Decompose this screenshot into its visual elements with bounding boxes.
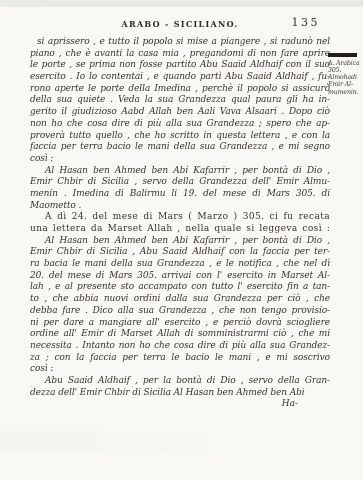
text-line: una lettera da Marset Allah , nella qual… (30, 224, 330, 236)
running-header: ARABO - SICILIANO. 135 (30, 16, 330, 32)
text-line: dezza dell' Emir Chbir di Sicilia Al Has… (30, 388, 330, 400)
text-line: 20. del mese di Mars 305. arrivai con l'… (30, 271, 330, 283)
text-line: Al Hasan ben Ahmed ben Abi Kafarrir , pe… (30, 166, 330, 178)
text-line: proverà tutto quello , che ho scritto in… (30, 131, 330, 143)
text-line: Emir Chbir di Sicilia , Abu Saaid Aldhai… (30, 247, 330, 259)
text-line: esercito . Io lo contentai , e quando pa… (30, 72, 330, 84)
text-line: faccia per terra bacio le mani della sua… (30, 142, 330, 154)
text-line: le porte , se prima non fosse partito Ab… (30, 60, 330, 72)
text-line: non ho che cosa dire di più alla sua Gra… (30, 119, 330, 131)
text-line: menin . Imedina di Balirmu li 19. del me… (30, 189, 330, 201)
book-page: ARABO - SICILIANO. 135 A. Arabica 305. A… (0, 7, 363, 480)
text-line: piano , che è avanti la casa mia , prega… (30, 49, 330, 61)
text-column: si aprissero , e tutto il popolo si mise… (30, 37, 330, 411)
text-line: A dì 24. del mese di Mars ( Marzo ) 305.… (30, 212, 330, 224)
text-line: lah , e al presente sto accampato con tu… (30, 282, 330, 294)
margin-note-line: Almohadi (328, 74, 363, 81)
text-line: Maometto . (30, 201, 330, 213)
page-number: 135 (292, 16, 321, 29)
text-line: rono aperte le porte della Imedina , per… (30, 84, 330, 96)
text-line: Emir Chbir di Sicilia , servo della Gran… (30, 177, 330, 189)
text-line: debba fare . Dico alla sua Grandezza , c… (30, 306, 330, 318)
margin-note-rule (328, 53, 357, 57)
text-line: ordine all' Emir di Marset Allah di somm… (30, 329, 330, 341)
text-line: ra bacia le mani della sua Grandezza , e… (30, 259, 330, 271)
margin-note: A. Arabica 305. Almohadi Emir Al- mumeni… (328, 53, 363, 96)
text-line: si aprissero , e tutto il popolo si mise… (30, 37, 330, 49)
margin-note-line: A. Arabica (328, 60, 363, 67)
text-line: così : (30, 364, 330, 376)
text-line: za ; con la faccia per terra le bacio le… (30, 353, 330, 365)
text-line: to , che abbia nuovi ordini dalla sua Gr… (30, 294, 330, 306)
text-line: ni per dare a mangiare all' esercito , e… (30, 318, 330, 330)
margin-note-line: Emir Al- (328, 81, 363, 88)
text-line: necessita . Intanto non ho che cosa dire… (30, 341, 330, 353)
text-line: gerito il giudizioso Aabd Allah ben Aali… (30, 107, 330, 119)
margin-note-line: mumenin. (328, 89, 363, 96)
header-title: ARABO - SICILIANO. (30, 16, 330, 29)
margin-note-line: 305. (328, 67, 363, 74)
text-line: Al Hasan ben Ahmed ben Abi Kafarrir , pe… (30, 236, 330, 248)
text-line: così : (30, 154, 330, 166)
text-line: della sua quiete . Veda la sua Grandezza… (30, 95, 330, 107)
scan-bottom-shadow (0, 431, 300, 453)
catchword: Ha- (30, 399, 330, 411)
text-line: Abu Saaid Aldhaif , per la bontà di Dio … (30, 376, 330, 388)
